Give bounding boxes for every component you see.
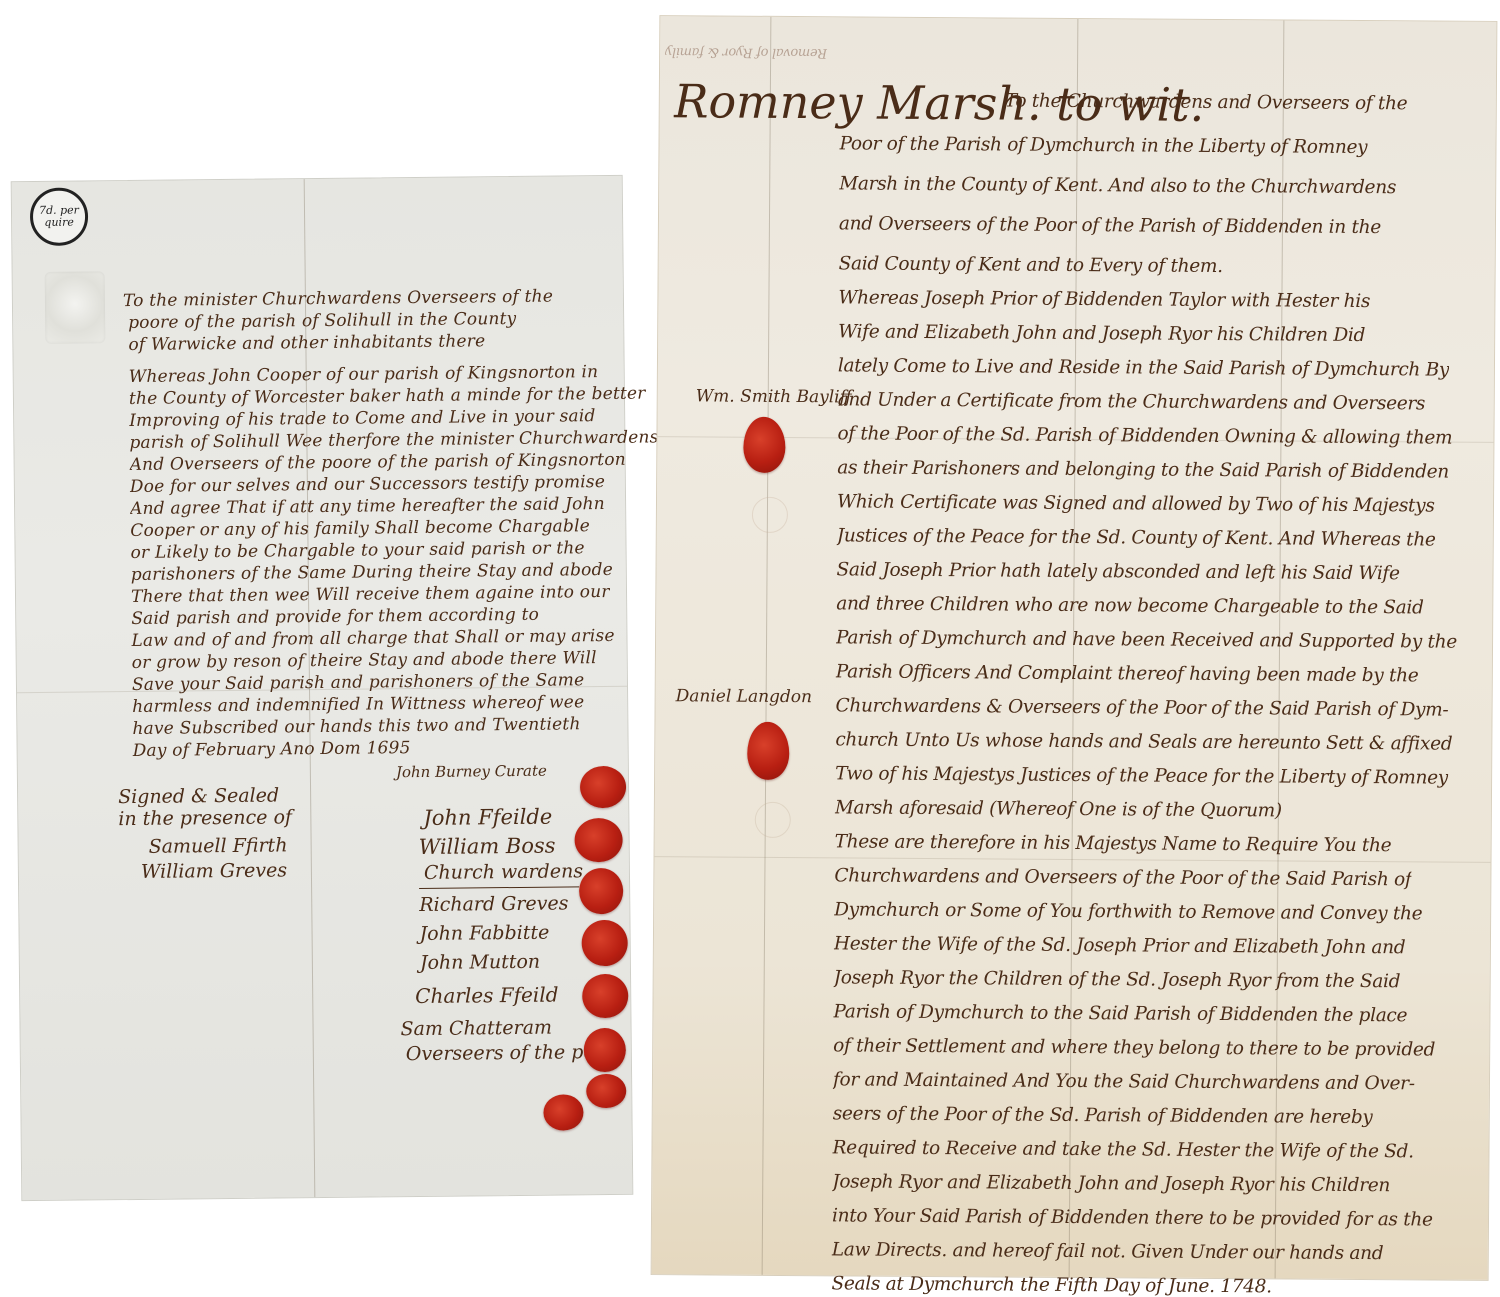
text-line: There that then wee Will receive them ag…: [131, 582, 610, 607]
text-line: Parish Officers And Complaint thereof ha…: [836, 661, 1419, 686]
text-line: Parish of Dymchurch and have been Receiv…: [836, 627, 1457, 652]
signature: John Burney Curate: [396, 762, 547, 782]
text-line: and Overseers of the Poor of the Parish …: [839, 213, 1381, 238]
text-line: lately Come to Live and Reside in the Sa…: [838, 355, 1449, 380]
witness-block: Signed & Sealed in the presence of Samue…: [12, 176, 622, 182]
signature: Sam Chatteram: [400, 1017, 552, 1041]
text-line: Said County of Kent and to Every of them…: [839, 253, 1223, 277]
text-line: parish of Solihull Wee therfore the mini…: [129, 427, 658, 453]
certificate-body: To the minister Churchwardens Overseers …: [12, 176, 622, 182]
text-line: for and Maintained And You the Said Chur…: [833, 1069, 1415, 1094]
signature: Wm. Smith Bayliff: [696, 386, 852, 407]
text-line: church Unto Us whose hands and Seals are…: [835, 729, 1452, 754]
text-line: the County of Worcester baker hath a min…: [129, 384, 646, 409]
signature: William Boss: [419, 834, 556, 859]
wax-seal: [743, 417, 785, 473]
text-line: or grow by reson of theire Stay and abod…: [132, 648, 597, 673]
text-line: Law and of and from all charge that Shal…: [131, 626, 614, 651]
signatories-block: John Burney Curate John Ffeilde William …: [12, 176, 622, 182]
text-line: Marsh aforesaid (Whereof One is of the Q…: [835, 797, 1282, 821]
text-line: seers of the Poor of the Sd. Parish of B…: [833, 1103, 1373, 1128]
text-line: Justices of the Peace for the Sd. County…: [837, 525, 1436, 550]
text-line: Law Directs. and hereof fail not. Given …: [832, 1239, 1384, 1264]
text-line: Poor of the Parish of Dymchurch in the L…: [839, 133, 1367, 158]
signature: Charles Ffeild: [415, 983, 558, 1008]
text-line: Which Certificate was Signed and allowed…: [837, 491, 1435, 516]
text-line: Hester the Wife of the Sd. Joseph Prior …: [834, 933, 1406, 958]
text-line: parishoners of the Same During theire St…: [131, 560, 613, 585]
text-line: or Likely to be Chargable to your said p…: [130, 538, 584, 563]
text-line: Wife and Elizabeth John and Joseph Ryor …: [838, 321, 1365, 346]
text-line: into Your Said Parish of Biddenden there…: [832, 1205, 1433, 1230]
witness-name: Samuell Ffirth: [149, 834, 288, 857]
text-line: of Warwicke and other inhabitants there: [128, 331, 485, 355]
text-line: Required to Receive and take the Sd. Hes…: [832, 1137, 1413, 1162]
wax-seal: [581, 920, 627, 966]
text-line: Churchwardens & Overseers of the Poor of…: [836, 695, 1449, 720]
embossed-tax-stamp: [45, 271, 106, 344]
wax-seals: [12, 176, 622, 182]
divider: [419, 886, 579, 889]
witness-name: William Greves: [141, 859, 287, 883]
text-line: These are therefore in his Majestys Name…: [835, 831, 1392, 856]
text-line: Improving of his trade to Come and Live …: [129, 406, 596, 431]
text-line: of their Settlement and where they belon…: [833, 1035, 1435, 1060]
seal-impression: [752, 497, 788, 533]
text-line: harmless and indemnified In Wittness whe…: [132, 692, 584, 717]
faded-endorsement: Removal of Ryor & family: [665, 44, 827, 60]
text-line: Joseph Ryor and Elizabeth John and Josep…: [832, 1171, 1390, 1196]
text-line: Save your Said parish and parishoners of…: [132, 670, 585, 695]
text-line: Marsh in the County of Kent. And also to…: [839, 173, 1396, 198]
text-line: Parish of Dymchurch to the Said Parish o…: [833, 1001, 1407, 1026]
text-line: Cooper or any of his family Shall become…: [130, 516, 590, 541]
signature: John Fabbitte: [419, 922, 549, 945]
text-line: and Under a Certificate from the Churchw…: [838, 389, 1426, 414]
text-line: And Overseers of the poore of the parish…: [130, 450, 626, 475]
seal-impression: [755, 802, 791, 838]
wax-seal: [747, 722, 789, 780]
wax-seal: [584, 1028, 626, 1072]
signature: John Mutton: [420, 951, 540, 974]
wax-seal: [586, 1074, 626, 1108]
text-line: Two of his Majestys Justices of the Peac…: [835, 763, 1448, 788]
text-line: Churchwardens and Overseers of the Poor …: [834, 865, 1411, 890]
text-line: Dymchurch or Some of You forthwith to Re…: [834, 899, 1422, 924]
settlement-certificate-document: 7d. per quire To the minister Churchward…: [11, 175, 634, 1201]
wax-seal: [543, 1094, 583, 1130]
signature: Richard Greves: [419, 892, 568, 916]
text-line: And agree That if att any time hereafter…: [130, 494, 605, 519]
signature: John Ffeilde: [423, 805, 552, 830]
text-line: Seals at Dymchurch the Fifth Day of June…: [831, 1273, 1271, 1297]
signature: Daniel Langdon: [676, 686, 813, 707]
text-line: Day of February Ano Dom 1695: [133, 738, 411, 761]
text-line: To the minister Churchwardens Overseers …: [123, 287, 553, 312]
text-line: have Subscribed our hands this two and T…: [132, 714, 580, 739]
paper-fold: [762, 17, 772, 1275]
wax-seal: [579, 868, 623, 914]
text-line: poore of the parish of Solihull in the C…: [128, 309, 516, 333]
text-line: Joseph Ryor the Children of the Sd. Jose…: [834, 967, 1401, 992]
text-line: Whereas John Cooper of our parish of Kin…: [129, 362, 599, 387]
duty-stamp: 7d. per quire: [30, 187, 89, 246]
text-line: of the Poor of the Sd. Parish of Biddend…: [837, 423, 1452, 448]
text-line: To the Churchwardens and Overseers of th…: [1005, 91, 1408, 115]
text-line: Doe for our selves and our Successors te…: [130, 472, 605, 497]
text-line: as their Parishoners and belonging to th…: [837, 457, 1449, 482]
signature-role: Church wardens: [424, 860, 583, 884]
wax-seal: [582, 974, 628, 1018]
text-line: Said parish and provide for them accordi…: [131, 605, 539, 629]
text-line: Said Joseph Prior hath lately absconded …: [836, 559, 1399, 584]
text-line: Whereas Joseph Prior of Biddenden Taylor…: [838, 287, 1370, 312]
wax-seal: [574, 818, 622, 863]
wax-seal: [580, 766, 626, 808]
removal-order-document: Removal of Ryor & family Romney Marsh. t…: [651, 15, 1498, 1281]
text-line: and three Children who are now become Ch…: [836, 593, 1423, 618]
